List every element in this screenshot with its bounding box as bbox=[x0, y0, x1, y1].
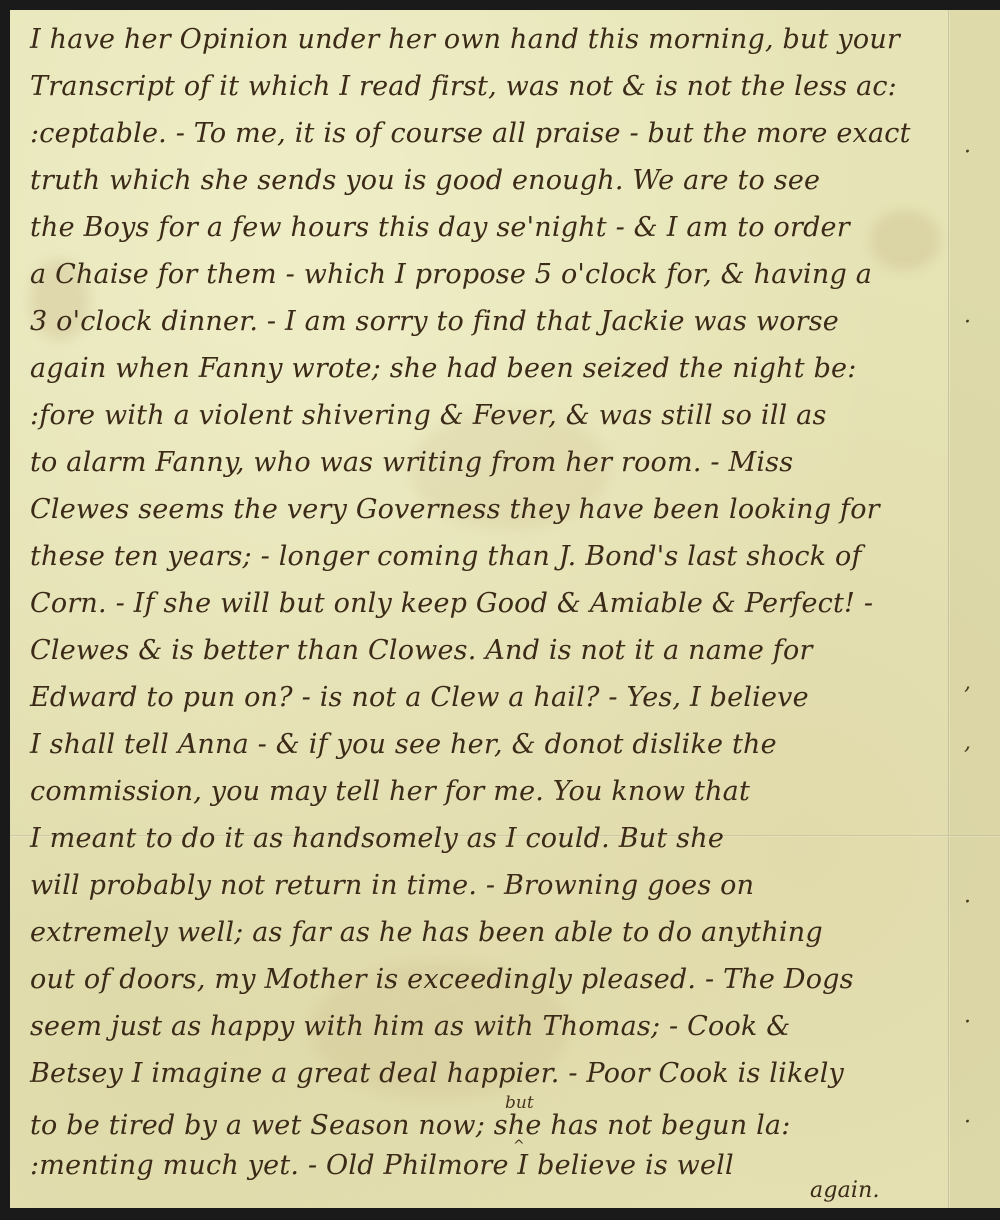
text-line-4: truth which she sends you is good enough… bbox=[30, 165, 820, 196]
adjacent-page-text-fragments: · · , , · · · bbox=[956, 10, 1000, 1208]
text-line-26: again. bbox=[810, 1178, 880, 1203]
text-line-9: :fore with a violent shivering & Fever, … bbox=[30, 400, 827, 431]
text-line-7: 3 o'clock dinner. - I am sorry to find t… bbox=[30, 306, 839, 337]
letter-text-layer: I have her Opinion under her own hand th… bbox=[10, 10, 1000, 1208]
text-line-13: Corn. - If she will but only keep Good &… bbox=[30, 588, 873, 619]
text-line-14: Clewes & is better than Clowes. And is n… bbox=[30, 635, 813, 666]
text-line-20: extremely well; as far as he has been ab… bbox=[30, 917, 823, 948]
text-line-10: to alarm Fanny, who was writing from her… bbox=[30, 447, 793, 478]
text-line-8: again when Fanny wrote; she had been sei… bbox=[30, 353, 857, 384]
text-line-21: out of doors, my Mother is exceedingly p… bbox=[30, 964, 854, 995]
text-line-1: I have her Opinion under her own hand th… bbox=[30, 24, 900, 55]
text-line-19: will probably not return in time. - Brow… bbox=[30, 870, 754, 901]
text-line-22: seem just as happy with him as with Thom… bbox=[30, 1011, 791, 1042]
text-line-23: Betsey I imagine a great deal happier. -… bbox=[30, 1058, 844, 1089]
text-line-5: the Boys for a few hours this day se'nig… bbox=[30, 212, 850, 243]
text-line-2: Transcript of it which I read first, was… bbox=[30, 71, 897, 102]
text-line-3: :ceptable. - To me, it is of course all … bbox=[30, 118, 911, 149]
text-line-6: a Chaise for them - which I propose 5 o'… bbox=[30, 259, 872, 290]
text-line-24: to be tired by a wet Season now; she has… bbox=[30, 1110, 791, 1141]
text-line-11: Clewes seems the very Governess they hav… bbox=[30, 494, 880, 525]
text-line-18: I meant to do it as handsomely as I coul… bbox=[30, 823, 724, 854]
text-line-12: these ten years; - longer coming than J.… bbox=[30, 541, 862, 572]
text-line-16: I shall tell Anna - & if you see her, & … bbox=[30, 729, 777, 760]
text-line-17: commission, you may tell her for me. You… bbox=[30, 776, 750, 807]
text-line-25: :menting much yet. - Old Philmore I beli… bbox=[30, 1150, 734, 1181]
text-line-15: Edward to pun on? - is not a Clew a hail… bbox=[30, 682, 809, 713]
